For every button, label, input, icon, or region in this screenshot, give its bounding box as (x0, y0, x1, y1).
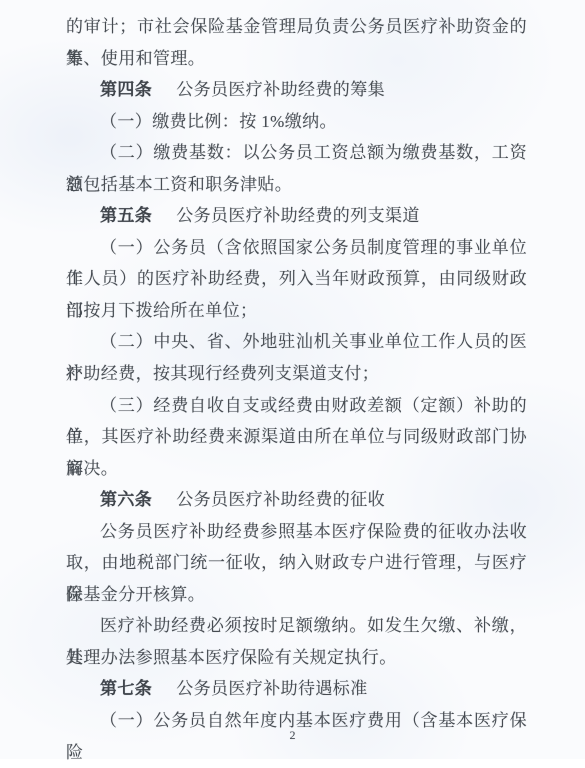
text-line: （三）经费自收自支或经费由财政差额（定额）补助的单 (66, 390, 527, 422)
text-block: 的审计；市社会保险基金管理局负责公务员医疗补助资金的筹集、使用和管理。第四条公务… (66, 11, 527, 737)
document-page: 的审计；市社会保险基金管理局负责公务员医疗补助资金的筹集、使用和管理。第四条公务… (0, 0, 585, 759)
article-heading-line: 第七条公务员医疗补助待遇标准 (66, 673, 527, 705)
text-line: （二）缴费基数：以公务员工资总额为缴费基数，工资总 (66, 137, 527, 169)
article-title: 公务员医疗补助待遇标准 (176, 679, 367, 698)
text-line: 门按月下拨给所在单位； (66, 295, 527, 327)
text-line: 位，其医疗补助经费来源渠道由所在单位与同级财政部门协商 (66, 421, 527, 453)
text-line: 解决。 (66, 453, 527, 485)
article-number: 第七条 (100, 679, 152, 698)
text-line: 处理办法参照基本医疗保险有关规定执行。 (66, 642, 527, 674)
text-line: 额包括基本工资和职务津贴。 (66, 169, 527, 201)
article-title: 公务员医疗补助经费的筹集 (176, 80, 385, 99)
text-line: 公务员医疗补助经费参照基本医疗保险费的征收办法收 (66, 516, 527, 548)
text-line: （一）缴费比例：按 1%缴纳。 (66, 106, 527, 138)
article-heading-line: 第五条公务员医疗补助经费的列支渠道 (66, 200, 527, 232)
article-heading-line: 第六条公务员医疗补助经费的征收 (66, 484, 527, 516)
text-line: 作人员）的医疗补助经费，列入当年财政预算，由同级财政部 (66, 263, 527, 295)
article-title: 公务员医疗补助经费的列支渠道 (176, 206, 420, 225)
text-line: 的审计；市社会保险基金管理局负责公务员医疗补助资金的筹 (66, 11, 527, 43)
article-number: 第六条 (100, 490, 152, 509)
text-line: 取，由地税部门统一征收，纳入财政专户进行管理，与医疗保 (66, 547, 527, 579)
article-number: 第四条 (100, 80, 152, 99)
text-line: （二）中央、省、外地驻汕机关事业单位工作人员的医疗 (66, 326, 527, 358)
text-line: 险基金分开核算。 (66, 579, 527, 611)
article-title: 公务员医疗补助经费的征收 (176, 490, 385, 509)
article-heading-line: 第四条公务员医疗补助经费的筹集 (66, 74, 527, 106)
text-line: 集、使用和管理。 (66, 43, 527, 75)
text-line: （一）公务员（含依照国家公务员制度管理的事业单位工 (66, 232, 527, 264)
text-line: 医疗补助经费必须按时足额缴纳。如发生欠缴、补缴，其 (66, 610, 527, 642)
article-number: 第五条 (100, 206, 152, 225)
text-line: 补助经费，按其现行经费列支渠道支付； (66, 358, 527, 390)
page-number: 2 (0, 728, 585, 742)
